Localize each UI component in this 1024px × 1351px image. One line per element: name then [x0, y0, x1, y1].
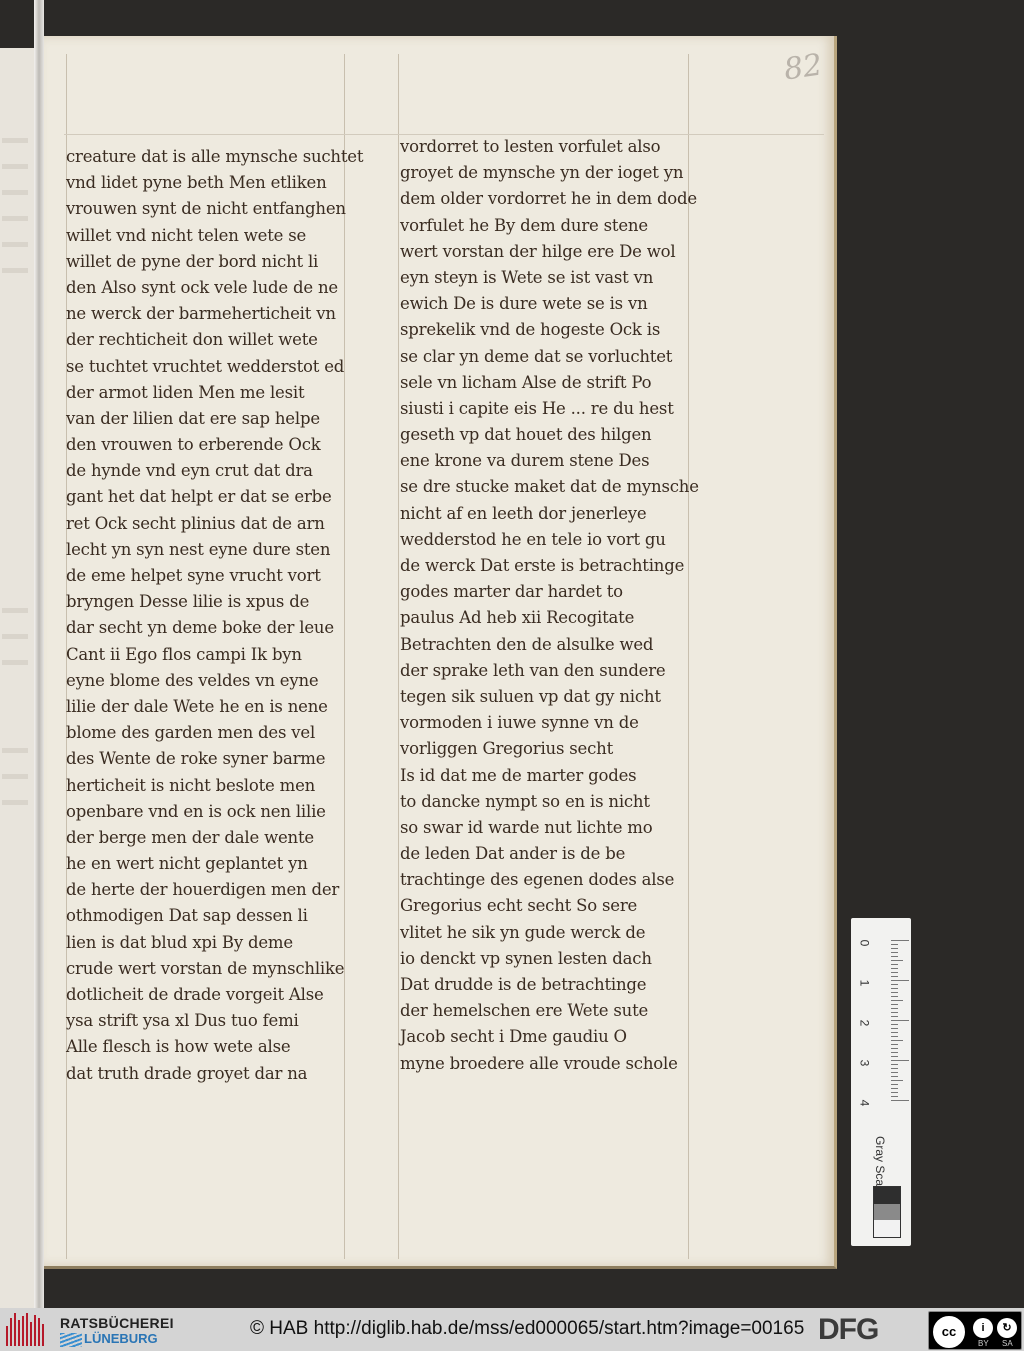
cc-icon: cc — [933, 1316, 965, 1348]
scale-tick — [891, 1012, 898, 1013]
scale-tick — [891, 980, 909, 981]
scale-tick — [891, 988, 898, 989]
scale-tick — [891, 940, 909, 941]
manuscript-line: se dre stucke maket dat de mynsche — [400, 474, 699, 500]
manuscript-line: Betrachten den de alsulke wed — [400, 632, 699, 658]
manuscript-line: nicht af en leeth dor jenerleye — [400, 501, 699, 527]
manuscript-line: der berge men der dale wente — [66, 825, 363, 851]
manuscript-line: wert vorstan der hilge ere De wol — [400, 239, 699, 265]
ruling-line — [398, 54, 399, 1259]
scale-tick — [891, 1028, 898, 1029]
manuscript-line: de werck Dat erste is betrachtinge — [400, 553, 699, 579]
manuscript-line: lien is dat blud xpi By deme — [66, 930, 363, 956]
scale-tick — [891, 1008, 898, 1009]
scale-tick — [891, 1052, 898, 1053]
manuscript-line: dar secht yn deme boke der leue — [66, 615, 363, 641]
scale-tick — [891, 1044, 898, 1045]
manuscript-line: dotlicheit de drade vorgeit Alse — [66, 982, 363, 1008]
by-label: BY — [978, 1339, 989, 1348]
manuscript-line: ret Ock secht plinius dat de arn — [66, 511, 363, 537]
scale-tick — [891, 992, 898, 993]
scale-tick — [891, 1040, 903, 1041]
scale-tick — [891, 1004, 898, 1005]
book-gutter — [34, 0, 44, 1308]
scale-tick — [891, 996, 898, 997]
manuscript-line: vorfulet he By dem dure stene — [400, 213, 699, 239]
manuscript-line: othmodigen Dat sap dessen li — [66, 903, 363, 929]
manuscript-line: der armot liden Men me lesit — [66, 380, 363, 406]
scale-tick — [891, 1100, 909, 1101]
manuscript-line: herticheit is nicht beslote men — [66, 773, 363, 799]
dfg-logo: DFG — [818, 1313, 878, 1347]
sa-label: SA — [1002, 1339, 1013, 1348]
manuscript-line: vordorret to lesten vorfulet also — [400, 134, 699, 160]
manuscript-line: Cant ii Ego flos campi Ik byn — [66, 642, 363, 668]
manuscript-line: willet vnd nicht telen wete se — [66, 223, 363, 249]
scale-tick — [891, 1064, 898, 1065]
text-column-left: creature dat is alle mynsche suchtetvnd … — [66, 144, 363, 1087]
manuscript-line: myne broedere alle vroude schole — [400, 1051, 699, 1077]
manuscript-line: io denckt vp synen lesten dach — [400, 946, 699, 972]
manuscript-line: godes marter dar hardet to — [400, 579, 699, 605]
manuscript-line: den vrouwen to erberende Ock — [66, 432, 363, 458]
manuscript-line: crude wert vorstan de mynschlike — [66, 956, 363, 982]
manuscript-line: de herte der houerdigen men der — [66, 877, 363, 903]
library-city: LÜNEBURG — [84, 1331, 158, 1346]
scale-tick — [891, 1020, 909, 1021]
manuscript-line: sprekelik vnd de hogeste Ock is — [400, 317, 699, 343]
manuscript-line: he en wert nicht geplantet yn — [66, 851, 363, 877]
manuscript-line: ysa strift ysa xl Dus tuo femi — [66, 1008, 363, 1034]
manuscript-line: de eme helpet syne vrucht vort — [66, 563, 363, 589]
scale-tick — [891, 1076, 898, 1077]
scale-tick — [891, 956, 898, 957]
manuscript-line: ne werck der barmeherticheit vn — [66, 301, 363, 327]
manuscript-line: willet de pyne der bord nicht li — [66, 249, 363, 275]
by-icon: i — [973, 1318, 993, 1338]
scale-tick — [891, 1016, 898, 1017]
scale-tick — [891, 1048, 898, 1049]
scale-tick — [891, 1084, 898, 1085]
scale-tick-label: 4 — [857, 1100, 871, 1107]
manuscript-line: gant het dat helpt er dat se erbe — [66, 484, 363, 510]
scale-tick — [891, 960, 903, 961]
facing-page-edge — [0, 48, 37, 1308]
scale-tick — [891, 944, 898, 945]
scale-tick — [891, 948, 898, 949]
gray-scale-swatch — [873, 1186, 901, 1238]
library-wave-icon — [60, 1333, 82, 1347]
scale-tick — [891, 976, 898, 977]
scale-tick — [891, 1024, 898, 1025]
scale-tick — [891, 1096, 898, 1097]
color-scale-ruler: 0 1 2 3 4 Gray Scale — [851, 918, 911, 1246]
scale-tick — [891, 1092, 898, 1093]
manuscript-viewer: 82 creature dat is alle mynsche suchtetv… — [0, 0, 1024, 1308]
scale-tick-label: 0 — [857, 940, 871, 947]
manuscript-line: de leden Dat ander is de be — [400, 841, 699, 867]
scale-tick — [891, 972, 898, 973]
scale-tick — [891, 1032, 898, 1033]
scale-tick — [891, 952, 898, 953]
manuscript-line: eyn steyn is Wete se ist vast vn — [400, 265, 699, 291]
cc-license-badge[interactable]: cc i ↻ BY SA — [928, 1311, 1022, 1350]
manuscript-line: der hemelschen ere Wete sute — [400, 998, 699, 1024]
manuscript-line: lilie der dale Wete he en is nene — [66, 694, 363, 720]
manuscript-line: to dancke nympt so en is nicht — [400, 789, 699, 815]
scale-tick — [891, 1060, 909, 1061]
manuscript-line: Alle flesch is how wete alse — [66, 1034, 363, 1060]
manuscript-line: vrouwen synt de nicht entfanghen — [66, 196, 363, 222]
footer-bar: RATSBÜCHEREI LÜNEBURG © HAB http://digli… — [0, 1308, 1024, 1351]
manuscript-line: so swar id warde nut lichte mo — [400, 815, 699, 841]
manuscript-line: creature dat is alle mynsche suchtet — [66, 144, 363, 170]
manuscript-line: van der lilien dat ere sap helpe — [66, 406, 363, 432]
manuscript-line: openbare vnd en is ock nen lilie — [66, 799, 363, 825]
manuscript-line: se clar yn deme dat se vorluchtet — [400, 344, 699, 370]
scale-tick-label: 1 — [857, 980, 871, 987]
scale-tick — [891, 968, 898, 969]
manuscript-line: groyet de mynsche yn der ioget yn — [400, 160, 699, 186]
sa-icon: ↻ — [997, 1318, 1017, 1338]
scale-tick — [891, 984, 898, 985]
manuscript-line: vorliggen Gregorius secht — [400, 736, 699, 762]
manuscript-line: trachtinge des egenen dodes alse — [400, 867, 699, 893]
manuscript-page: 82 creature dat is alle mynsche suchtetv… — [44, 36, 837, 1269]
manuscript-line: tegen sik suluen vp dat gy nicht — [400, 684, 699, 710]
manuscript-line: siusti i capite eis He ... re du hest — [400, 396, 699, 422]
manuscript-line: blome des garden men des vel — [66, 720, 363, 746]
manuscript-line: bryngen Desse lilie is xpus de — [66, 589, 363, 615]
library-name: RATSBÜCHEREI — [60, 1315, 174, 1331]
scale-tick — [891, 964, 898, 965]
scale-tick — [891, 1036, 898, 1037]
scale-tick — [891, 1072, 898, 1073]
manuscript-line: der rechticheit don willet wete — [66, 327, 363, 353]
text-column-right: vordorret to lesten vorfulet alsogroyet … — [400, 134, 699, 1077]
credit-link[interactable]: © HAB http://diglib.hab.de/mss/ed000065/… — [250, 1318, 804, 1340]
scale-ticks — [891, 940, 911, 1106]
manuscript-line: paulus Ad heb xii Recogitate — [400, 605, 699, 631]
manuscript-line: des Wente de roke syner barme — [66, 746, 363, 772]
manuscript-line: Jacob secht i Dme gaudiu O — [400, 1024, 699, 1050]
manuscript-line: geseth vp dat houet des hilgen — [400, 422, 699, 448]
manuscript-line: dem older vordorret he in dem dode — [400, 186, 699, 212]
manuscript-line: eyne blome des veldes vn eyne — [66, 668, 363, 694]
scale-tick — [891, 1000, 903, 1001]
manuscript-line: lecht yn syn nest eyne dure sten — [66, 537, 363, 563]
scale-tick — [891, 1068, 898, 1069]
manuscript-line: den Also synt ock vele lude de ne — [66, 275, 363, 301]
scale-tick — [891, 1080, 903, 1081]
manuscript-line: ewich De is dure wete se is vn — [400, 291, 699, 317]
scale-tick-label: 2 — [857, 1020, 871, 1027]
manuscript-line: ene krone va durem stene Des — [400, 448, 699, 474]
manuscript-line: vnd lidet pyne beth Men etliken — [66, 170, 363, 196]
scale-tick-label: 3 — [857, 1060, 871, 1067]
manuscript-line: Is id dat me de marter godes — [400, 763, 699, 789]
manuscript-line: Gregorius echt secht So sere — [400, 893, 699, 919]
manuscript-line: de hynde vnd eyn crut dat dra — [66, 458, 363, 484]
scale-tick — [891, 1088, 898, 1089]
scale-tick — [891, 1056, 898, 1057]
manuscript-line: Dat drudde is de betrachtinge — [400, 972, 699, 998]
folio-number: 82 — [782, 48, 825, 88]
manuscript-line: se tuchtet vruchtet wedderstot ed — [66, 354, 363, 380]
manuscript-line: wedderstod he en tele io vort gu — [400, 527, 699, 553]
manuscript-line: vlitet he sik yn gude werck de — [400, 920, 699, 946]
manuscript-line: sele vn licham Alse de strift Po — [400, 370, 699, 396]
manuscript-line: dat truth drade groyet dar na — [66, 1061, 363, 1087]
manuscript-line: vormoden i iuwe synne vn de — [400, 710, 699, 736]
manuscript-line: der sprake leth van den sundere — [400, 658, 699, 684]
library-logo-icon — [6, 1313, 48, 1346]
